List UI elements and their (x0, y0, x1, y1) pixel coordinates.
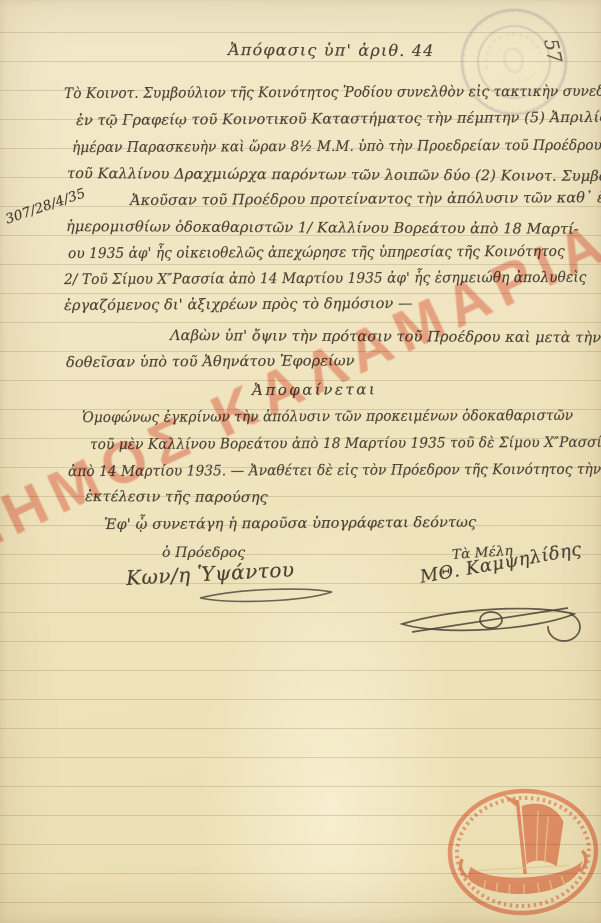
galley-ship-icon (447, 787, 599, 916)
folio-number: 57 (539, 37, 566, 65)
body-line: τοῦ μὲν Καλλίνου Βορεάτου ἀπὸ 18 Μαρτίου… (90, 435, 601, 453)
body-line: ἐκτέλεσιν τῆς παρούσης (85, 489, 268, 506)
document-title: Ἀπόφασις ὑπ' ἀριθ. 44 (228, 40, 435, 60)
body-line: ἡμέραν Παρασκευὴν καὶ ὥραν 8½ Μ.Μ. ὑπὸ τ… (72, 138, 601, 156)
president-label: ὁ Πρόεδρος (162, 545, 245, 561)
body-line: Ἀκοῦσαν τοῦ Προέδρου προτείναντος τὴν ἀπ… (130, 190, 601, 209)
body-line: ἐργαζόμενος δι' ἀξιχρέων πρὸς τὸ δημόσιο… (64, 296, 413, 314)
president-signature-flourish (196, 586, 338, 606)
body-line: Τὸ Κοινοτ. Συμβούλιον τῆς Κοινότητος Ῥοδ… (64, 83, 601, 102)
body-line: ἐν τῷ Γραφείῳ τοῦ Κοινοτικοῦ Καταστήματο… (76, 109, 601, 129)
body-line: ἡμερομισθίων ὁδοκαθαριστῶν 1/ Καλλίνου Β… (66, 219, 579, 238)
body-line: τοῦ Καλλίνου Δραχμιώρχα παρόντων τῶν λοι… (67, 166, 601, 185)
body-line: Λαβὼν ὑπ' ὄψιν τὴν πρότασιν τοῦ Προέδρου… (170, 328, 601, 346)
president-signature: Κων/η Ὑψάντου (125, 557, 295, 590)
galley-ship-stamp (444, 782, 601, 922)
decision-heading: Ἀποφαίνεται (252, 380, 377, 399)
body-line: ου 1935 ἀφ' ἧς οἰκειοθελῶς ἀπεχώρησε τῆς… (68, 244, 565, 262)
body-line: ἀπὸ 14 Μαρτίου 1935. — Ἀναθέτει δὲ εἰς τ… (68, 462, 601, 480)
document-page: 57 307/28/4/35 Ἀπόφασις ὑπ' ἀριθ. 44 Τὸ … (0, 0, 601, 923)
body-line: Ὁμοφώνως ἐγκρίνων τὴν ἀπόλυσιν τῶν προκε… (82, 408, 573, 426)
body-line: δοθεῖσαν ὑπὸ τοῦ Ἀθηνάτου Ἐφορείων (66, 353, 355, 371)
closing-line: Ἐφ' ᾧ συνετάγη ἡ παροῦσα ὑπογράφεται δεό… (104, 515, 476, 533)
round-seal-stamp (452, 4, 576, 124)
member-signature-flourish (396, 598, 584, 642)
body-line: 2/ Τοῦ Σίμου Χ″Ρασσία ἀπὸ 14 Μαρτίου 193… (64, 270, 586, 288)
